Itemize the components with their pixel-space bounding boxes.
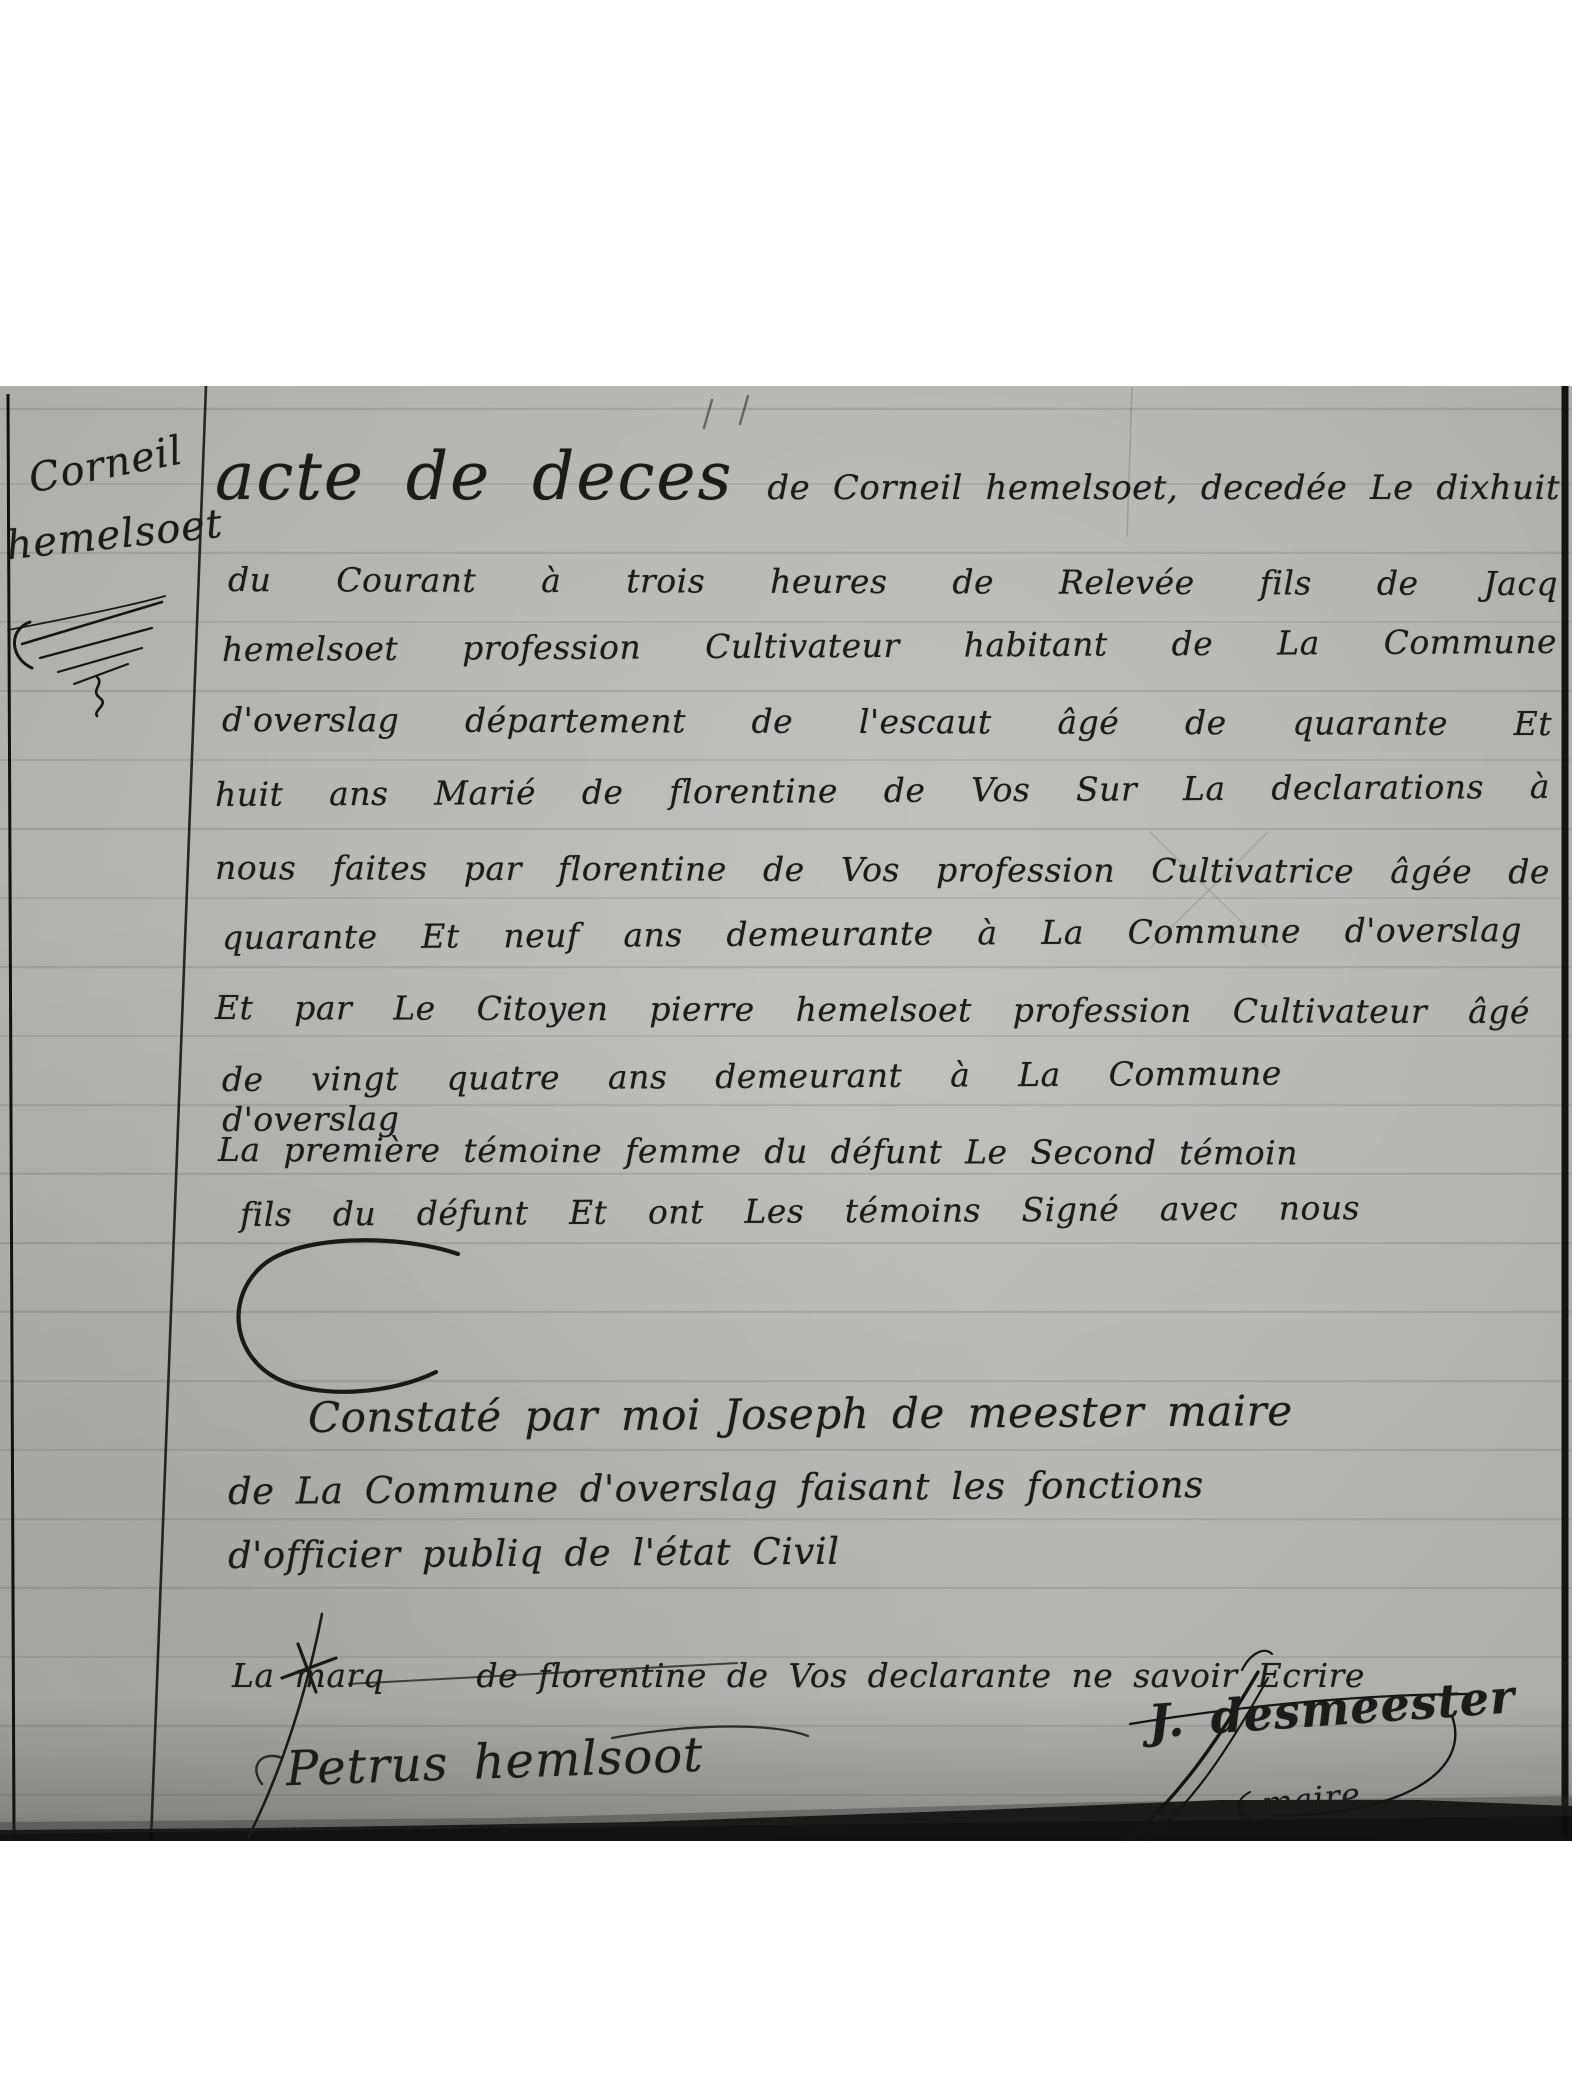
witness-signature: Petrus hemlsoot [285, 1727, 704, 1798]
act-line: fils du défunt Et ont Les témoins Signé … [240, 1188, 1360, 1235]
act-line: nous faites par florentine de Vos profes… [215, 848, 1550, 892]
act-line: La première témoine femme du défunt Le S… [218, 1130, 1298, 1173]
official-title: maire [1260, 1775, 1362, 1823]
act-line: Et par Le Citoyen pierre hemelsoet profe… [215, 988, 1530, 1032]
act-line: hemelsoet profession Cultivateur habitan… [222, 622, 1557, 670]
act-line: huit ans Marié de florentine de Vos Sur … [215, 767, 1550, 815]
closing-line: d'officier publiq de l'état Civil [228, 1530, 758, 1578]
margin-underline-flourish [8, 596, 165, 716]
act-title: acte de deces [215, 438, 733, 515]
register-photo: Corneil hemelsoet acte de deces de Corne… [0, 386, 1572, 1841]
margin-name-line2: hemelsoet [4, 501, 225, 569]
scanned-death-record-page: Corneil hemelsoet acte de deces de Corne… [0, 0, 1572, 2094]
act-line: d'overslag département de l'escaut âgé d… [222, 700, 1552, 744]
margin-rule-line [151, 386, 206, 1841]
mark-cross-spacer [410, 1647, 450, 1693]
act-line: quarante Et neuf ans demeurante à La Com… [222, 910, 1522, 958]
margin-name-line1: Corneil [25, 428, 187, 503]
closing-line: Constaté par moi Joseph de meester maire [308, 1390, 1188, 1440]
act-line: de vingt quatre ans demeurant à La Commu… [222, 1054, 1282, 1140]
constate-initial-flourish [239, 1240, 458, 1392]
act-heading-row: acte de deces de Corneil hemelsoet, dece… [215, 438, 1560, 515]
act-line: du Courant à trois heures de Relevée fil… [228, 560, 1558, 604]
mark-statement-row: La marq de florentine de Vos declarante … [232, 1641, 1302, 1695]
left-edge-line [8, 394, 14, 1834]
act-heading-continuation: de Corneil hemelsoet, decedée Le dixhuit [767, 468, 1560, 508]
closing-line: de La Commune d'overslag faisant les fon… [228, 1464, 1073, 1514]
mark-statement-before: La marq [232, 1656, 384, 1695]
